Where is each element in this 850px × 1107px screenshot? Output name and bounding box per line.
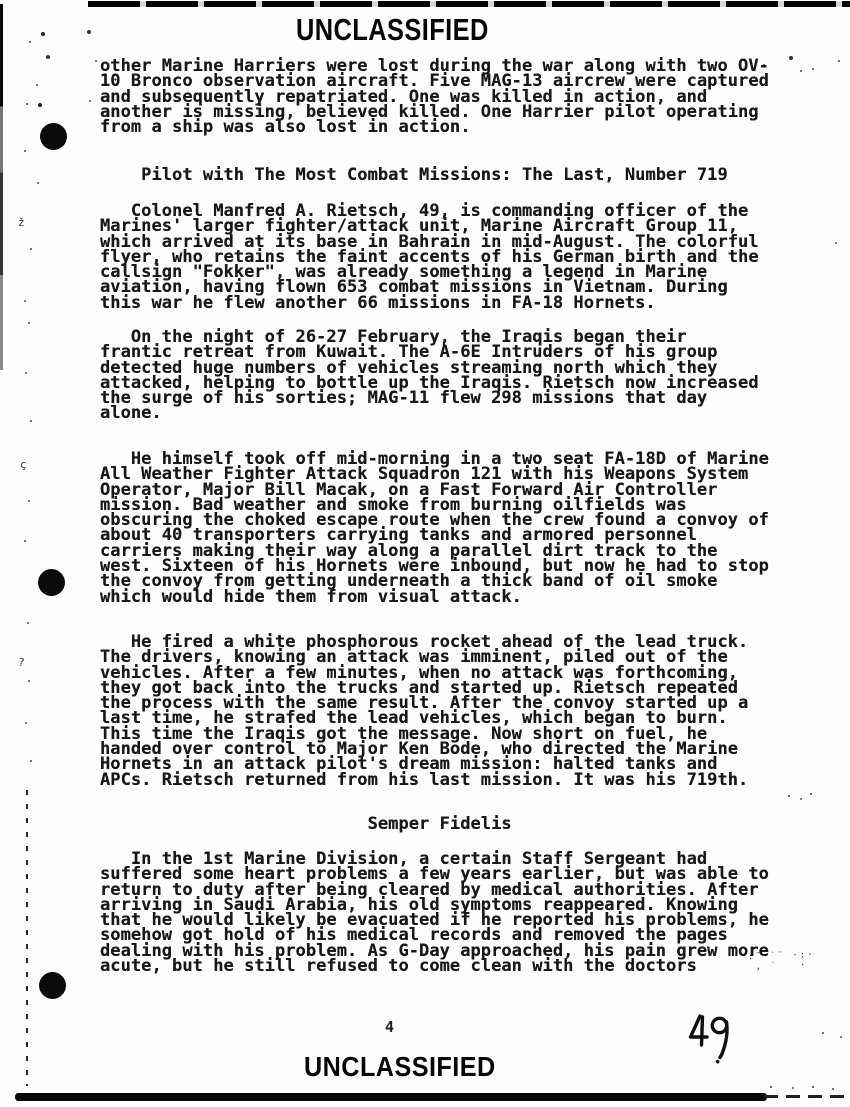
footer-classification-banner: UNCLASSIFIED [304,1051,496,1083]
paragraph-fac-mission: He himself took off mid-morning in a two… [100,452,769,605]
heading-most-combat-missions: Pilot with The Most Combat Missions: The… [100,168,728,183]
top-border-line [88,1,850,7]
scanned-document-page: ž ç ? :¨·˙¨ ·:· , ˙ · UNCLASSIFIED other… [0,0,850,1107]
paragraph-staff-sergeant: In the 1st Marine Division, a certain St… [100,852,769,974]
paragraph-rietsch-intro: Colonel Manfred A. Rietsch, 49, is comma… [100,204,759,311]
paragraph-convoy-attack: He fired a white phosphorous rocket ahea… [100,635,748,788]
scan-mark: ž [18,216,25,229]
scan-specks-right [0,0,2,2]
hole-punch [40,123,67,150]
paragraph-iraqi-retreat: On the night of 26-27 February, the Iraq… [100,330,759,422]
left-margin-dashes [26,790,28,1086]
heading-semper-fidelis: Semper Fidelis [100,817,512,832]
page-number: 4 [385,1018,394,1036]
scan-mark: ? [17,656,25,670]
handwritten-49-strokes [686,1012,740,1066]
bottom-border-line-tail [764,1095,846,1098]
bottom-border-line [15,1093,767,1101]
paragraph-harrier-losses: other Marine Harriers were lost during t… [100,59,769,135]
handwritten-page-number [686,1012,740,1071]
hole-punch [38,569,65,596]
left-edge-scan-bar [0,4,3,370]
scan-mark: ç [20,458,27,471]
header-classification-banner: UNCLASSIFIED [296,12,489,48]
hole-punch [39,972,66,999]
